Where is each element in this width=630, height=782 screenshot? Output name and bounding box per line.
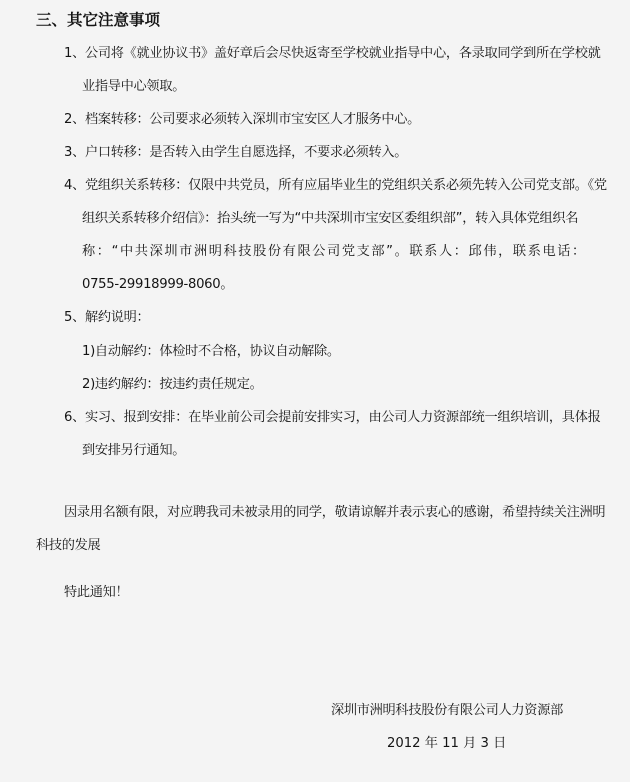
item-1-line-1: 1、公司将《就业协议书》盖好章后会尽快返寄至学校就业指导中心，各录取同学到所在学… [64, 46, 600, 62]
item-4-line-1: 4、党组织关系转移：仅限中共党员，所有应届毕业生的党组织关系必须先转入公司党支部… [64, 178, 607, 194]
item-1-line-2: 业指导中心领取。 [82, 79, 185, 95]
closing-notice: 特此通知！ [64, 585, 128, 601]
section-heading: 三、其它注意事项 [36, 12, 160, 28]
item-4-line-4: 0755-29918999-8060。 [82, 277, 233, 293]
item-4-line-3: 称：“中共深圳市洲明科技股份有限公司党支部”。联系人：邱伟，联系电话： [82, 244, 587, 260]
item-2: 2、档案转移：公司要求必须转入深圳市宝安区人才服务中心。 [64, 112, 420, 128]
item-5-line-1: 5、解约说明： [64, 310, 149, 326]
signature-department: 深圳市洲明科技股份有限公司人力资源部 [331, 703, 563, 719]
closing-line-2: 科技的发展 [36, 538, 100, 554]
item-3: 3、户口转移：是否转入由学生自愿选择，不要求必须转入。 [64, 145, 407, 161]
item-6-line-1: 6、实习、报到安排：在毕业前公司会提前安排实习，由公司人力资源部统一组织培训，具… [64, 410, 600, 426]
item-5-sub-1: 1)自动解约：体检时不合格，协议自动解除。 [82, 344, 340, 360]
item-4-line-2: 组织关系转移介绍信》：抬头统一写为“中共深圳市宝安区委组织部”，转入具体党组织名 [82, 211, 578, 227]
signature-date: 2012 年 11 月 3 日 [387, 736, 506, 752]
closing-line-1: 因录用名额有限，对应聘我司未被录用的同学，敬请谅解并表示衷心的感谢，希望持续关注… [64, 505, 605, 521]
item-5-sub-2: 2)违约解约：按违约责任规定。 [82, 377, 262, 393]
item-6-line-2: 到安排另行通知。 [82, 443, 185, 459]
